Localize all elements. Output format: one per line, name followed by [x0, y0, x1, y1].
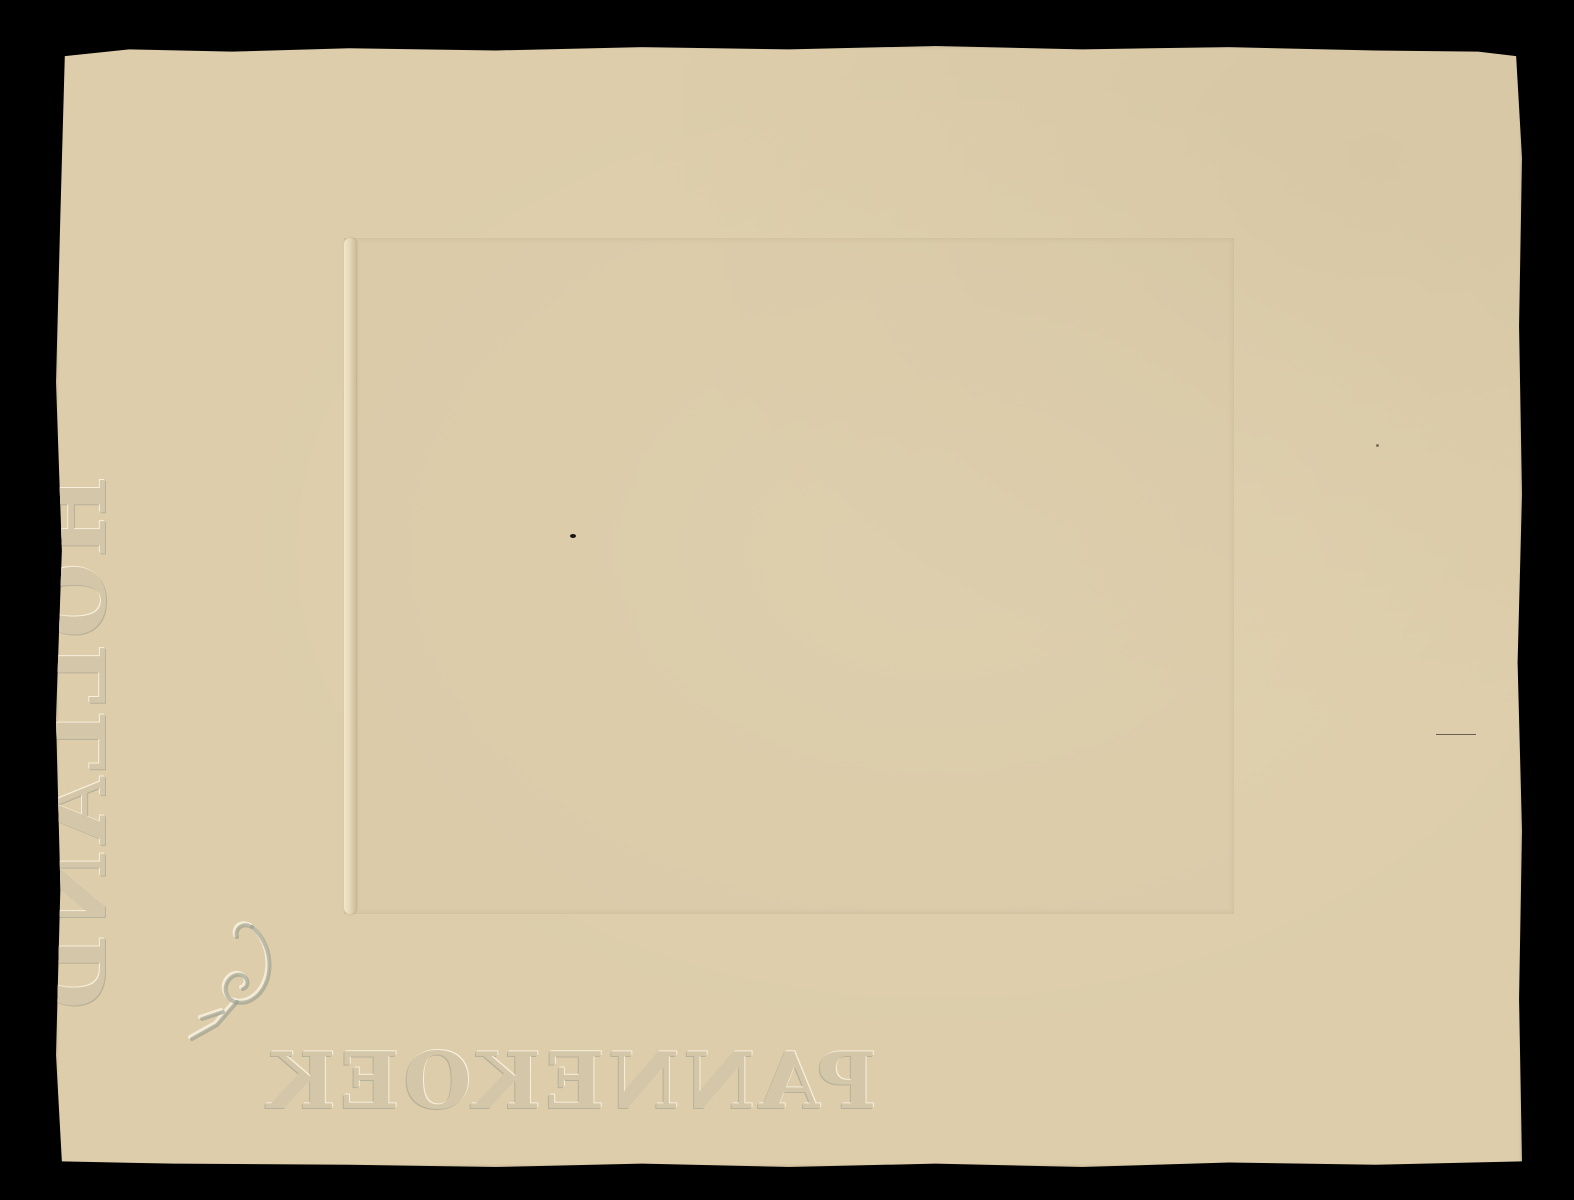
embossed-vertical-text: HOLLAND: [16, 476, 136, 976]
plate-mark: [344, 238, 1234, 914]
embossed-horizontal-text: PANNEKOEK: [264, 1036, 876, 1127]
paper-speck: [1376, 444, 1379, 447]
spiral-hand-emblem-icon: [156, 906, 276, 1046]
paper-sheet: HOLLAND PANNEKOEK: [56, 46, 1522, 1167]
plate-mark-ridge: [344, 238, 356, 914]
paper-speck: [570, 534, 576, 538]
paper-speck: [1436, 734, 1476, 735]
